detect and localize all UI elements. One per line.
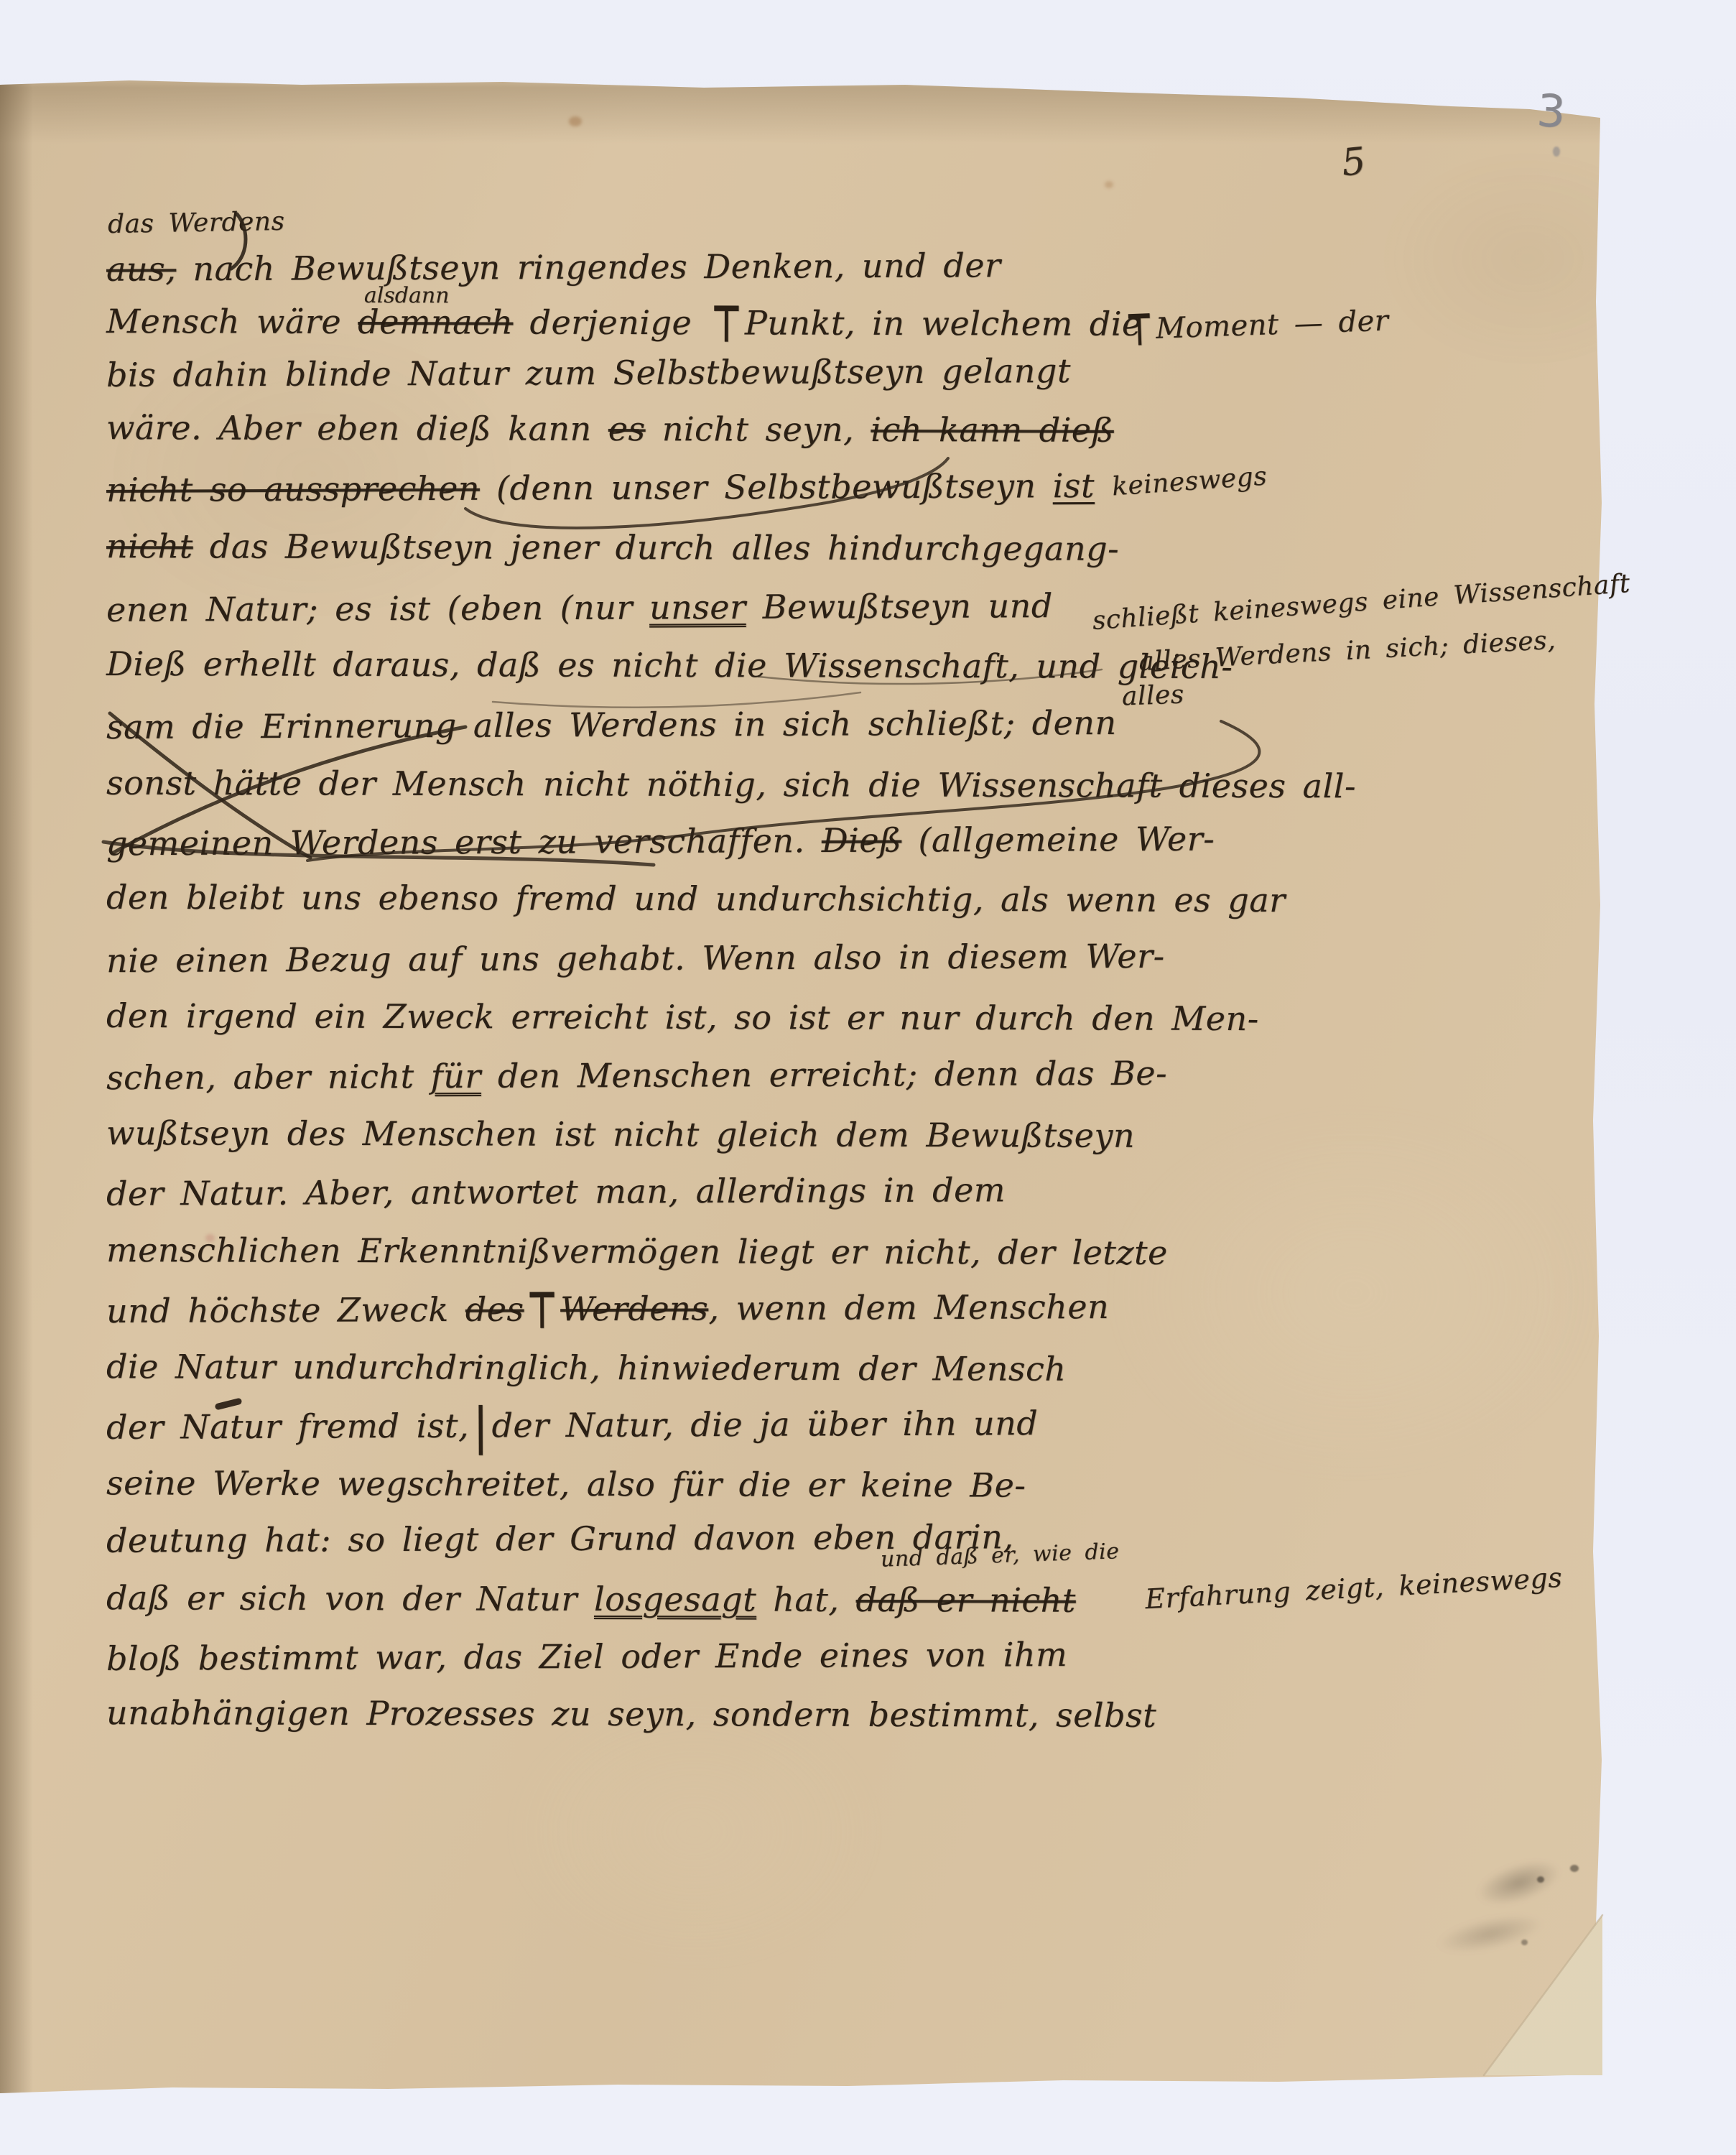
margin-note-moment-der: ⊤Moment — der bbox=[1123, 306, 1389, 346]
text-segment: und daß er, wie die bbox=[880, 1539, 1120, 1572]
text-segment: alles Werdens in sich; dieses, bbox=[1138, 626, 1556, 677]
margin-note-erfahrung: Erfahrung zeigt, keineswegs bbox=[1144, 1564, 1563, 1614]
text-segment: das Werdens bbox=[108, 207, 285, 239]
text-segment: Erfahrung zeigt, keineswegs bbox=[1144, 1562, 1563, 1615]
scanned-manuscript-view: { "page": { "ink_page_number": "5", "pen… bbox=[0, 0, 1736, 2155]
insert-note-das-werdens: das Werdens bbox=[108, 208, 285, 238]
margin-note-schliesst-line2: alles Werdens in sich; dieses, bbox=[1138, 627, 1556, 676]
interlinear-insertion-und-dass: und daß er, wie die bbox=[881, 1540, 1120, 1571]
margin-annotations-layer: das Werdens⊤Moment — derkeineswegsschlie… bbox=[0, 0, 1736, 2155]
text-segment: keineswegs bbox=[1111, 462, 1268, 502]
text-segment: Moment — der bbox=[1155, 305, 1389, 346]
text-segment: alles bbox=[1121, 680, 1184, 711]
margin-note-schliesst-line3: alles bbox=[1121, 681, 1184, 710]
margin-note-keineswegs: keineswegs bbox=[1111, 463, 1268, 501]
insertion-caret-mark: ⊤ bbox=[1125, 307, 1154, 354]
